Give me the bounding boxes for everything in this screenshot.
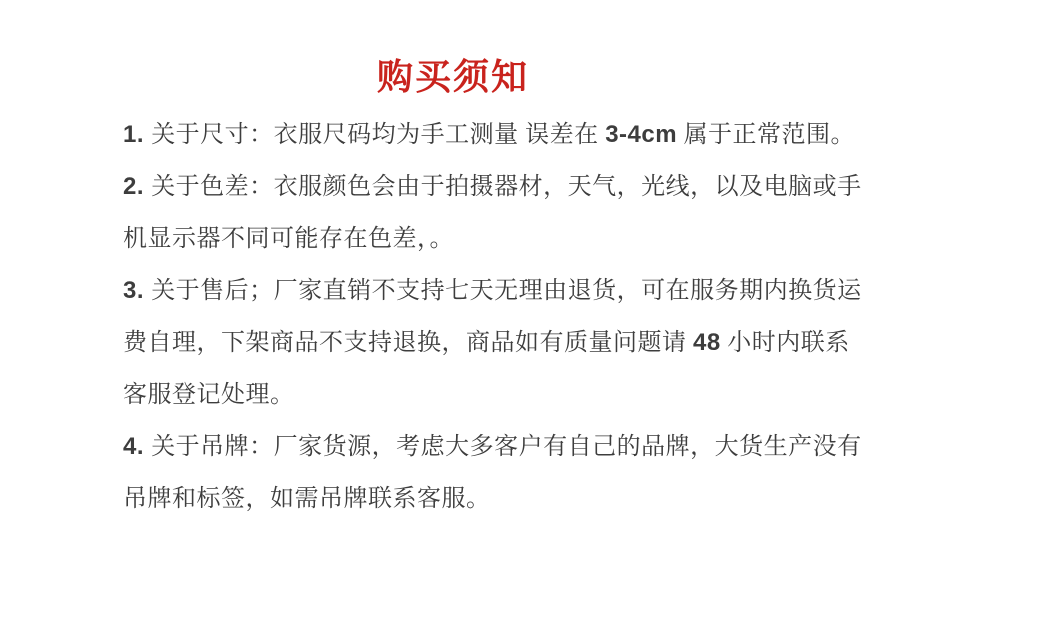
numeric-text: 48: [693, 329, 721, 356]
chinese-text: 关于色差：衣服颜色会由于拍摄器材，天气，光线，以及电脑或手: [151, 174, 862, 200]
notice-line: 客服登记处理。: [123, 369, 883, 421]
chinese-text: 属于正常范围。: [677, 122, 855, 148]
notice-line: 1. 关于尺寸：衣服尺码均为手工测量 误差在 3-4cm 属于正常范围。: [123, 109, 883, 161]
chinese-text: 客服登记处理。: [123, 382, 295, 408]
chinese-text: 关于尺寸：衣服尺码均为手工测量 误差在: [151, 122, 605, 148]
numeric-text: 3-4cm: [605, 121, 677, 148]
numeric-text: 4.: [123, 433, 151, 460]
notice-line: 2. 关于色差：衣服颜色会由于拍摄器材，天气，光线，以及电脑或手: [123, 161, 883, 213]
chinese-text: 关于吊牌：厂家货源，考虑大多客户有自己的品牌，大货生产没有: [151, 434, 862, 460]
notice-line: 4. 关于吊牌：厂家货源，考虑大多客户有自己的品牌，大货生产没有: [123, 421, 883, 473]
chinese-text: 小时内联系: [721, 330, 850, 356]
chinese-text: 机显示器不同可能存在色差，。: [123, 226, 454, 252]
numeric-text: 3.: [123, 277, 151, 304]
numeric-text: 2.: [123, 173, 151, 200]
chinese-text: 费自理，下架商品不支持退换，商品如有质量问题请: [123, 330, 693, 356]
chinese-text: 关于售后；厂家直销不支持七天无理由退货，可在服务期内换货运: [151, 278, 862, 304]
notice-line: 吊牌和标签，如需吊牌联系客服。: [123, 473, 883, 525]
notice-line: 机显示器不同可能存在色差，。: [123, 213, 883, 265]
chinese-text: 吊牌和标签，如需吊牌联系客服。: [123, 486, 491, 512]
title-container: 购买须知: [123, 58, 783, 98]
notice-line: 3. 关于售后；厂家直销不支持七天无理由退货，可在服务期内换货运: [123, 265, 883, 317]
notice-body: 1. 关于尺寸：衣服尺码均为手工测量 误差在 3-4cm 属于正常范围。2. 关…: [123, 109, 883, 525]
purchase-notice-page: 购买须知 1. 关于尺寸：衣服尺码均为手工测量 误差在 3-4cm 属于正常范围…: [0, 0, 1048, 622]
numeric-text: 1.: [123, 121, 151, 148]
notice-line: 费自理，下架商品不支持退换，商品如有质量问题请 48 小时内联系: [123, 317, 883, 369]
page-title: 购买须知: [123, 58, 783, 98]
